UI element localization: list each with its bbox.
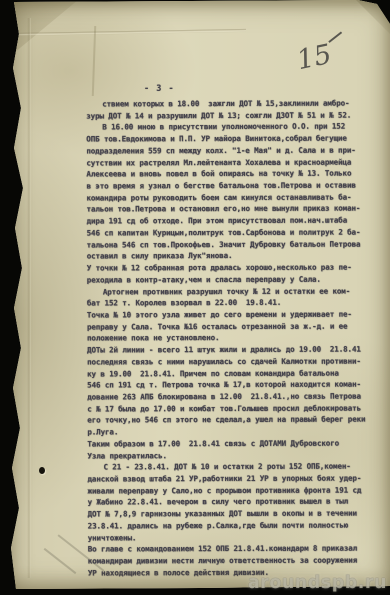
text-line: его точку,но 546 сп этого не сделал,а уш… bbox=[87, 414, 379, 427]
text-line: Артогнем противник разрушил точку № 12 и… bbox=[87, 285, 379, 298]
torn-edge-top-left bbox=[0, 0, 80, 60]
corner-fold bbox=[342, 0, 390, 34]
text-line: последняя связь с ними нарушилась со сда… bbox=[87, 355, 379, 368]
text-line: подразделения 559 сп между колх. "1-е Ма… bbox=[86, 144, 378, 157]
text-line: Алексеева и вновь повел в бой опираясь н… bbox=[86, 168, 378, 181]
text-line: Таким образом в 17.00 21.8.41 связь с ДО… bbox=[87, 437, 379, 450]
crease-line-vertical bbox=[27, 18, 31, 578]
text-line: с № 17 была до 17.00 и комбат тов.Голыше… bbox=[87, 402, 379, 415]
text-line: С 21 - 23.8.41. ДОТ № 10 и остатки 2 рот… bbox=[87, 461, 379, 474]
text-line: 546 сп 191 сд т. Петрова точка № 17,в ко… bbox=[87, 379, 379, 392]
crease-line-horizontal bbox=[8, 29, 246, 36]
handwritten-page-number: 15 bbox=[295, 41, 334, 75]
text-line: тальона 546 сп тов.Прокофьев. Значит Дуб… bbox=[87, 238, 379, 251]
text-line: в это время я узнал о бегстве батальона … bbox=[86, 180, 378, 193]
text-line: реходила в контр-атаку,чем и спасла пере… bbox=[87, 273, 379, 286]
text-line: р.Луга. bbox=[87, 426, 379, 439]
text-line: реправу у Сала. Точка №16 осталась отрез… bbox=[87, 320, 379, 333]
text-line: ку в 19.00 21.8.41. Причем по словам ком… bbox=[87, 367, 379, 380]
text-line: Во главе с командованием 152 ОПБ 21.8.41… bbox=[88, 543, 380, 556]
text-line: уничтожены. bbox=[88, 531, 380, 544]
text-line: зуры ДОТ № 14 и разрушили ДОТ № 13; сожг… bbox=[86, 109, 378, 122]
text-line: живали переправу у Сало,но с прорывом пр… bbox=[88, 484, 380, 497]
pencil-stroke bbox=[44, 548, 77, 574]
text-line: дование 263 АПБ блокирована в 12.00 21.8… bbox=[87, 390, 379, 403]
pencil-tick-mark bbox=[329, 31, 343, 42]
text-line: бат 152 т. Королев взорвал в 22.00 19.8.… bbox=[87, 297, 379, 310]
text-line: дира 191 сд об отходе. При этом присутст… bbox=[87, 215, 379, 228]
text-line: оставил в силу приказа Лук"янова. bbox=[87, 250, 379, 263]
text-line: данской взвод штаба 21 УР,работники 21 У… bbox=[87, 472, 379, 485]
text-line: Узла прекратилась. bbox=[87, 449, 379, 462]
text-line: В 16.00 мною в присутствии уполномоченно… bbox=[86, 121, 378, 134]
text-line: 546 сп капитан Курицын,политрук тов.Сарб… bbox=[87, 226, 379, 239]
text-line: тальон тов.Петрова и остановил его,но мн… bbox=[87, 203, 379, 216]
text-line: У точки № 12 собранная рота дралась хоро… bbox=[87, 262, 379, 275]
crease-line-short bbox=[92, 26, 96, 96]
text-line: командирам дивизии нести личную ответств… bbox=[88, 555, 380, 568]
text-line: положение пока не установлено. bbox=[87, 332, 379, 345]
text-line: командира роты руководить боем сам кинул… bbox=[86, 191, 378, 204]
text-line: сутствии их растрелял Мл.лейтенанта Хоха… bbox=[86, 156, 378, 169]
paper-hole bbox=[39, 467, 45, 474]
document-text: ствием которых в 18.00 зажгли ДОТ № 15,з… bbox=[86, 97, 380, 578]
text-line: ДОТ № 7,8,9 гарнизоны указанных ДОТ вышл… bbox=[88, 508, 380, 521]
text-line: ствием которых в 18.00 зажгли ДОТ № 15,з… bbox=[86, 97, 378, 110]
page-number: - 3 - bbox=[144, 84, 175, 94]
text-line: 23.8.41. дрались на рубеже р.Салка,где б… bbox=[88, 519, 380, 532]
scanned-page: 15 - 3 - ствием которых в 18.00 зажгли Д… bbox=[0, 0, 390, 595]
text-line: Точка № 10 этого узла живет до сего врем… bbox=[87, 308, 379, 321]
text-line: ДОТы 2й линии - всего 11 штук жили и дра… bbox=[87, 344, 379, 357]
watermark: aroundspb.ru bbox=[248, 573, 387, 593]
handwritten-page-number-text: 15 bbox=[294, 39, 334, 76]
text-line: у Жабино 22.8.41. вечером в силу чего пр… bbox=[88, 496, 380, 509]
paper-sheet: 15 - 3 - ствием которых в 18.00 зажгли Д… bbox=[0, 0, 390, 590]
text-line: ОПБ тов.Евдокимова и П.П. УР майора Вини… bbox=[86, 133, 378, 146]
